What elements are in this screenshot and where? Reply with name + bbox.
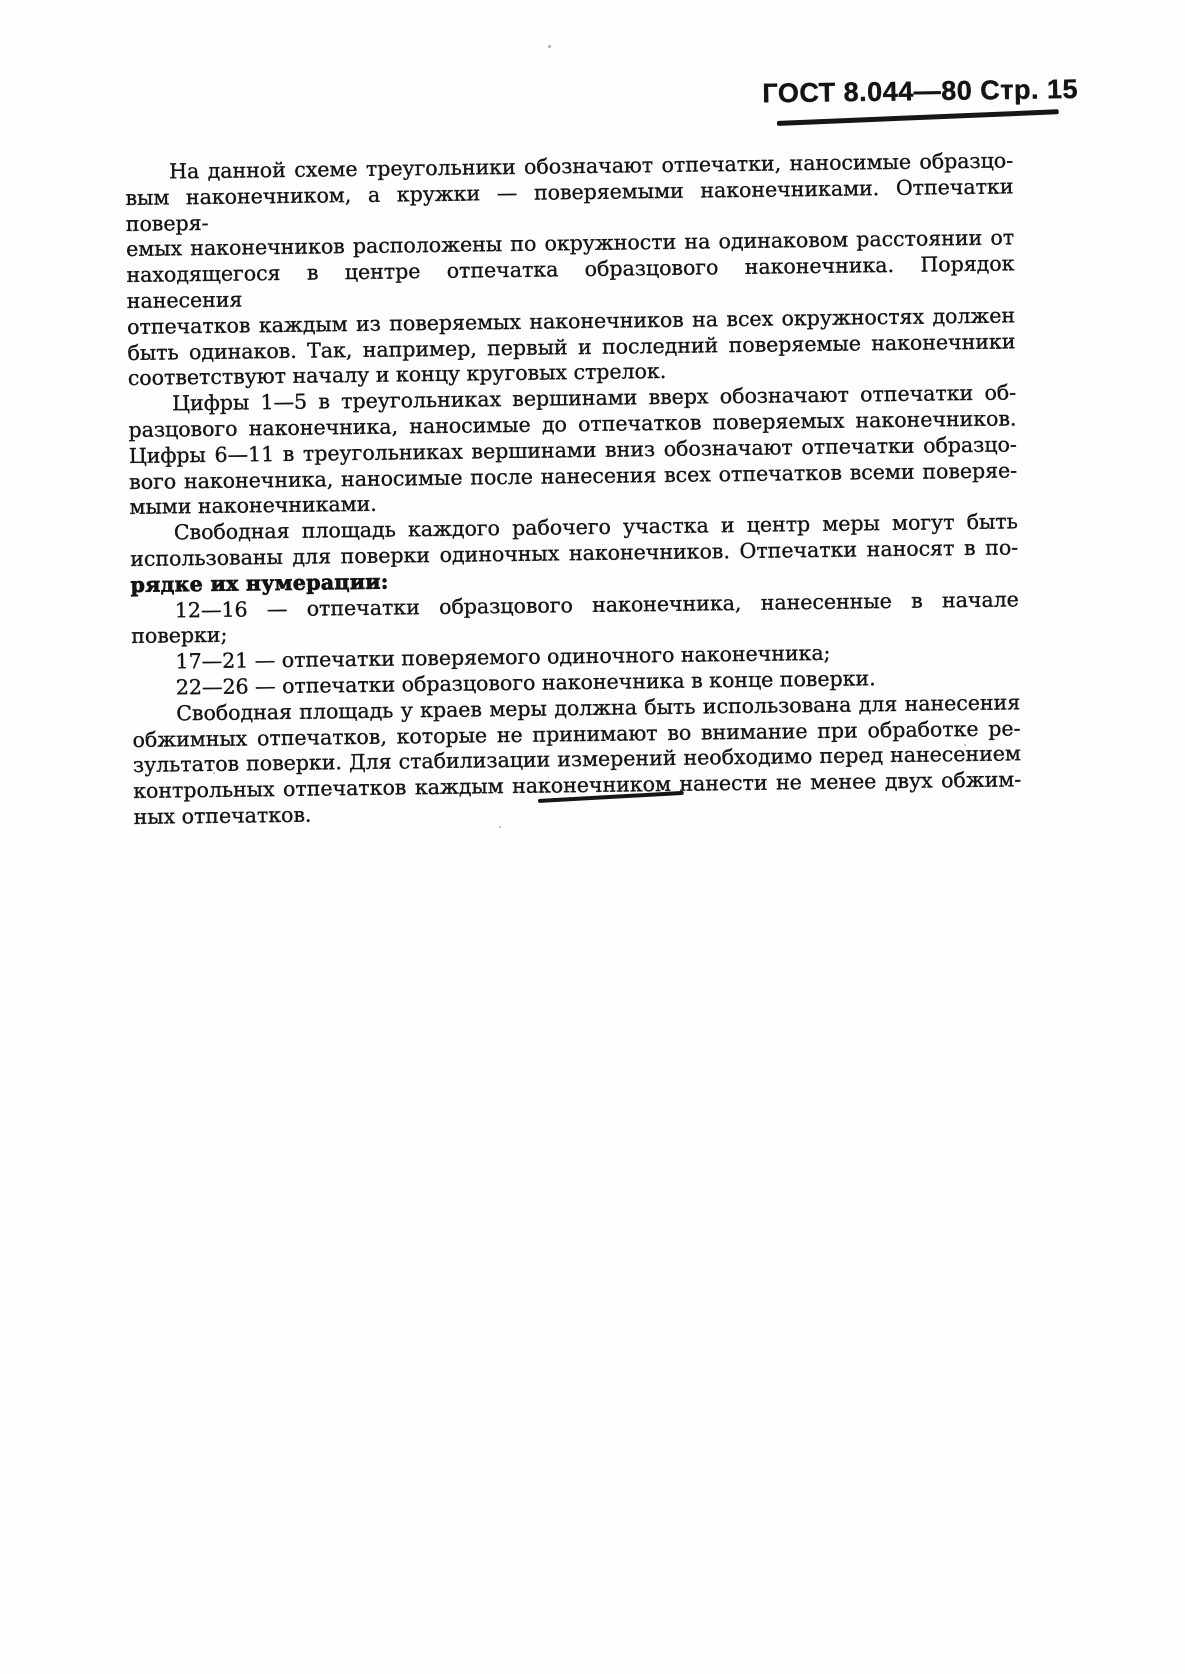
scan-speck — [610, 733, 612, 735]
paragraph-free-area: Свободная площадь каждого рабочего участ… — [130, 510, 1019, 599]
scan-speck — [213, 772, 215, 774]
numbered-imprint-list: 12—16 — отпечатки образцового наконечник… — [131, 587, 1020, 702]
document-text: На данной схеме треугольники обозначают … — [125, 148, 1022, 830]
scan-speck — [548, 45, 551, 48]
scan-speck — [499, 826, 501, 828]
scan-speck — [964, 744, 966, 746]
paragraph-scheme-description: На данной схеме треугольники обозначают … — [125, 148, 1016, 392]
page-header-title: ГОСТ 8.044—80 Стр. 15 — [0, 74, 1078, 120]
header-underline — [777, 109, 1059, 126]
scanned-document-page: ГОСТ 8.044—80 Стр. 15 На данной схеме тр… — [0, 0, 1185, 1674]
paragraph-digits-meaning: Цифры 1—5 в треугольниках вершинами ввер… — [128, 381, 1018, 522]
paragraph-edge-imprints: Свободная площадь у краев меры должна бы… — [132, 690, 1022, 831]
